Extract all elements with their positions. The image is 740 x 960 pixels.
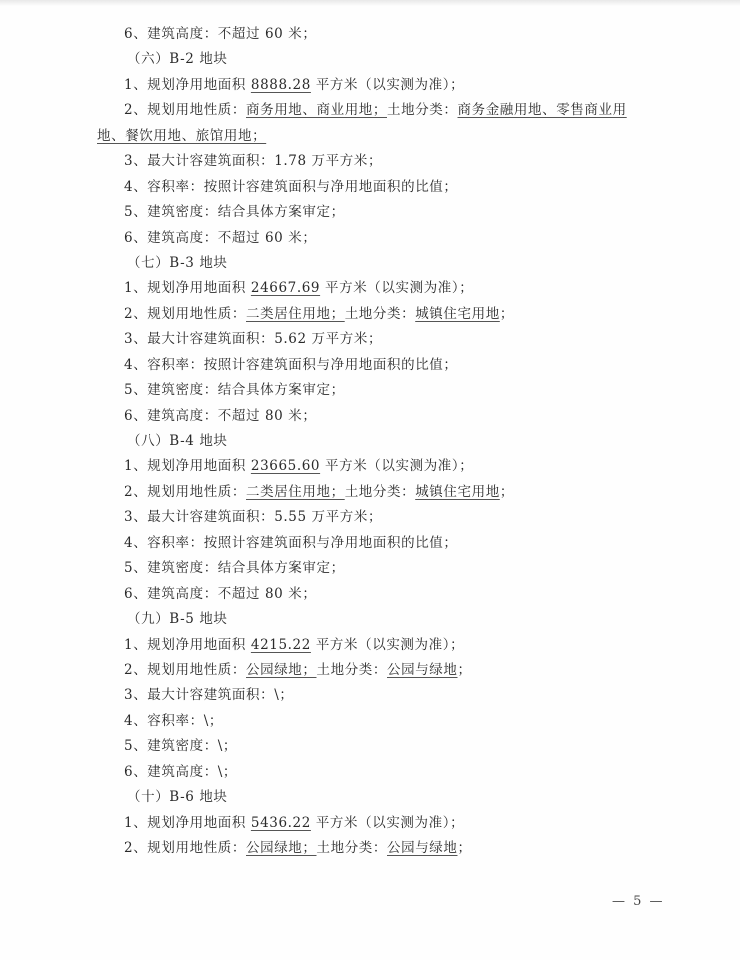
text-run: 平方米（以实测为准）；: [311, 815, 464, 831]
text-run: 5、建筑密度：结合具体方案审定；: [124, 560, 345, 576]
text-run: ；: [500, 484, 514, 500]
clause-line: 1、规划净用地面积 8888.28 平方米（以实测为准）；: [97, 73, 667, 98]
clause-line: 1、规划净用地面积 24667.69 平方米（以实测为准）；: [97, 276, 667, 301]
text-run: 3、最大计容建筑面积：5.62 万平方米；: [124, 331, 382, 347]
underlined-value: 23665.60: [251, 458, 320, 474]
clause-line: 4、容积率：按照计容建筑面积与净用地面积的比值；: [97, 175, 667, 200]
clause-line: 地、餐饮用地、旅馆用地；: [97, 124, 667, 149]
clause-line: 6、建筑高度：不超过 80 米；: [97, 582, 667, 607]
text-run: 土地分类：: [345, 484, 416, 500]
underlined-value: 商务用地、商业用地；: [246, 102, 387, 118]
text-run: 2、规划用地性质：: [124, 306, 246, 322]
underlined-value: 5436.22: [251, 815, 311, 831]
section-heading: （六）B-2 地块: [97, 47, 667, 72]
underlined-value: 公园绿地；: [246, 840, 317, 856]
text-run: 6、建筑高度：\；: [124, 764, 237, 780]
clause-line: 6、建筑高度：不超过 60 米；: [97, 226, 667, 251]
text-run: 4、容积率：按照计容建筑面积与净用地面积的比值；: [124, 357, 458, 373]
underlined-value: 4215.22: [251, 637, 311, 653]
document-page: 6、建筑高度：不超过 60 米；（六）B-2 地块1、规划净用地面积 8888.…: [0, 0, 740, 960]
document-body: 6、建筑高度：不超过 60 米；（六）B-2 地块1、规划净用地面积 8888.…: [97, 22, 667, 861]
text-run: 土地分类：: [345, 306, 416, 322]
clause-line: 5、建筑密度：\；: [97, 734, 667, 759]
text-run: 1、规划净用地面积: [124, 637, 251, 653]
clause-line: 1、规划净用地面积 4215.22 平方米（以实测为准）；: [97, 633, 667, 658]
text-run: 平方米（以实测为准）；: [311, 637, 464, 653]
clause-line: 6、建筑高度：\；: [97, 760, 667, 785]
text-run: ；: [458, 662, 472, 678]
text-run: 3、最大计容建筑面积：5.55 万平方米；: [124, 509, 382, 525]
text-run: 2、规划用地性质：: [124, 484, 246, 500]
text-run: （六）B-2 地块: [127, 51, 228, 67]
clause-line: 2、规划用地性质：公园绿地；土地分类：公园与绿地；: [97, 836, 667, 861]
clause-line: 3、最大计容建筑面积：\；: [97, 683, 667, 708]
text-run: 2、规划用地性质：: [124, 102, 246, 118]
clause-line: 6、建筑高度：不超过 80 米；: [97, 404, 667, 429]
clause-line: 2、规划用地性质：商务用地、商业用地；土地分类：商务金融用地、零售商业用: [97, 98, 667, 123]
text-run: ；: [458, 840, 472, 856]
underlined-value: 商务金融用地、零售商业用: [458, 102, 627, 118]
text-run: 6、建筑高度：不超过 80 米；: [124, 408, 316, 424]
text-run: 土地分类：: [317, 840, 388, 856]
text-run: 平方米（以实测为准）；: [311, 77, 464, 93]
text-run: 平方米（以实测为准）；: [320, 280, 473, 296]
text-run: 3、最大计容建筑面积：1.78 万平方米；: [124, 153, 382, 169]
text-run: （八）B-4 地块: [127, 433, 228, 449]
underlined-value: 城镇住宅用地: [415, 306, 500, 322]
text-run: 2、规划用地性质：: [124, 840, 246, 856]
section-heading: （九）B-5 地块: [97, 607, 667, 632]
clause-line: 1、规划净用地面积 5436.22 平方米（以实测为准）；: [97, 811, 667, 836]
text-run: 2、规划用地性质：: [124, 662, 246, 678]
text-run: 5、建筑密度：\；: [124, 738, 237, 754]
text-run: 1、规划净用地面积: [124, 280, 251, 296]
text-run: 土地分类：: [317, 662, 388, 678]
clause-line: 3、最大计容建筑面积：5.62 万平方米；: [97, 327, 667, 352]
section-heading: （十）B-6 地块: [97, 785, 667, 810]
underlined-value: 二类居住用地；: [246, 484, 345, 500]
underlined-value: 城镇住宅用地: [415, 484, 500, 500]
text-run: 6、建筑高度：不超过 80 米；: [124, 586, 316, 602]
clause-line: 4、容积率：按照计容建筑面积与净用地面积的比值；: [97, 531, 667, 556]
clause-line: 6、建筑高度：不超过 60 米；: [97, 22, 667, 47]
text-run: 6、建筑高度：不超过 60 米；: [124, 230, 316, 246]
scan-edge-shadow: [0, 0, 740, 6]
text-run: 4、容积率：\；: [124, 713, 223, 729]
text-run: 5、建筑密度：结合具体方案审定；: [124, 382, 345, 398]
clause-line: 3、最大计容建筑面积：1.78 万平方米；: [97, 149, 667, 174]
text-run: （十）B-6 地块: [127, 789, 228, 805]
clause-line: 5、建筑密度：结合具体方案审定；: [97, 556, 667, 581]
clause-line: 3、最大计容建筑面积：5.55 万平方米；: [97, 505, 667, 530]
underlined-value: 24667.69: [251, 280, 320, 296]
text-run: 土地分类：: [387, 102, 458, 118]
text-run: （七）B-3 地块: [127, 255, 228, 271]
underlined-value: 二类居住用地；: [246, 306, 345, 322]
underlined-value: 8888.28: [251, 77, 311, 93]
text-run: 4、容积率：按照计容建筑面积与净用地面积的比值；: [124, 179, 458, 195]
text-run: （九）B-5 地块: [127, 611, 228, 627]
page-number: — 5 —: [612, 894, 665, 909]
underlined-value: 公园绿地；: [246, 662, 317, 678]
clause-line: 4、容积率：\；: [97, 709, 667, 734]
clause-line: 4、容积率：按照计容建筑面积与净用地面积的比值；: [97, 353, 667, 378]
text-run: 平方米（以实测为准）；: [320, 458, 473, 474]
clause-line: 5、建筑密度：结合具体方案审定；: [97, 200, 667, 225]
clause-line: 1、规划净用地面积 23665.60 平方米（以实测为准）；: [97, 454, 667, 479]
text-run: 6、建筑高度：不超过 60 米；: [124, 26, 316, 42]
underlined-value: 公园与绿地: [387, 662, 458, 678]
section-heading: （七）B-3 地块: [97, 251, 667, 276]
text-run: 3、最大计容建筑面积：\；: [124, 687, 293, 703]
text-run: 1、规划净用地面积: [124, 458, 251, 474]
section-heading: （八）B-4 地块: [97, 429, 667, 454]
underlined-value: 地、餐饮用地、旅馆用地；: [97, 128, 266, 144]
clause-line: 2、规划用地性质：二类居住用地；土地分类：城镇住宅用地；: [97, 480, 667, 505]
text-run: 1、规划净用地面积: [124, 77, 251, 93]
clause-line: 2、规划用地性质：二类居住用地；土地分类：城镇住宅用地；: [97, 302, 667, 327]
text-run: 1、规划净用地面积: [124, 815, 251, 831]
text-run: ；: [500, 306, 514, 322]
text-run: 5、建筑密度：结合具体方案审定；: [124, 204, 345, 220]
underlined-value: 公园与绿地: [387, 840, 458, 856]
clause-line: 5、建筑密度：结合具体方案审定；: [97, 378, 667, 403]
clause-line: 2、规划用地性质：公园绿地；土地分类：公园与绿地；: [97, 658, 667, 683]
text-run: 4、容积率：按照计容建筑面积与净用地面积的比值；: [124, 535, 458, 551]
